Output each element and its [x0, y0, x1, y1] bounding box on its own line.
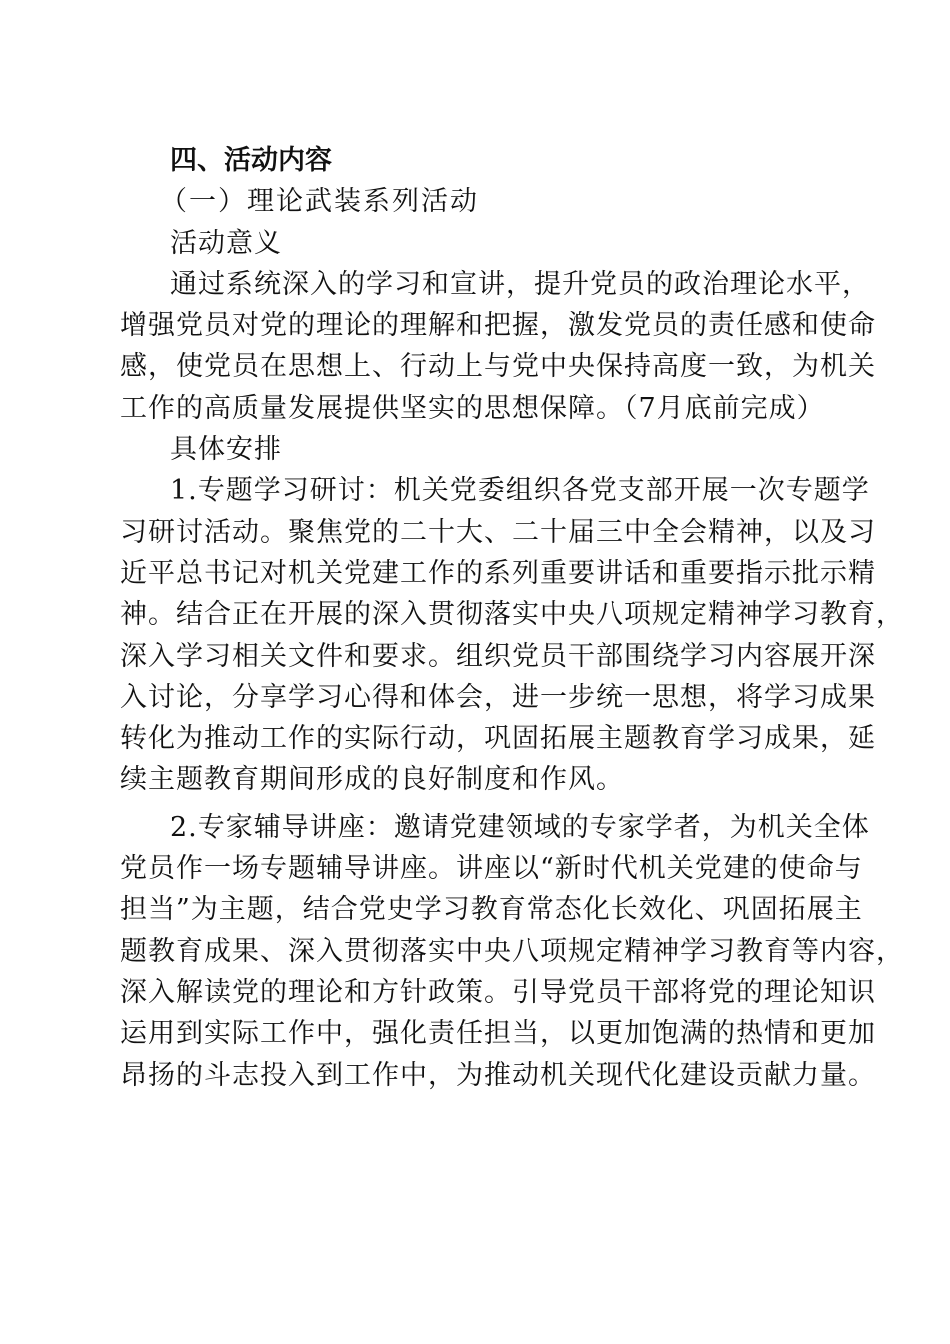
paragraph-line: 增强党员对党的理论的理解和把握，激发党员的责任感和使命 [120, 305, 822, 346]
section-heading: 四、活动内容 [120, 140, 822, 181]
paragraph-line: 续主题教育期间形成的良好制度和作风。 [120, 759, 822, 800]
arrangement-label: 具体安排 [120, 429, 822, 470]
document-page: 四、活动内容 （一）理论武装系列活动 活动意义 通过系统深入的学习和宣讲，提升党… [120, 140, 822, 1096]
significance-label: 活动意义 [120, 223, 822, 264]
arrangement-item-1: 1.专题学习研讨：机关党委组织各党支部开展一次专题学 习研讨活动。聚焦党的二十大… [120, 470, 822, 800]
paragraph-line: 感，使党员在思想上、行动上与党中央保持高度一致，为机关 [120, 346, 822, 387]
paragraph-line: 运用到实际工作中，强化责任担当，以更加饱满的热情和更加 [120, 1013, 822, 1054]
paragraph-line: 神。结合正在开展的深入贯彻落实中央八项规定精神学习教育， [120, 594, 822, 635]
paragraph-line: 转化为推动工作的实际行动，巩固拓展主题教育学习成果，延 [120, 718, 822, 759]
paragraph-line: 题教育成果、深入贯彻落实中央八项规定精神学习教育等内容， [120, 931, 822, 972]
paragraph-line: 党员作一场专题辅导讲座。讲座以“新时代机关党建的使命与 [120, 848, 822, 889]
significance-paragraph: 通过系统深入的学习和宣讲，提升党员的政治理论水平， 增强党员对党的理论的理解和把… [120, 264, 822, 429]
paragraph-line: 习研讨活动。聚焦党的二十大、二十届三中全会精神，以及习 [120, 512, 822, 553]
subsection-heading: （一）理论武装系列活动 [120, 181, 822, 222]
arrangement-item-2: 2.专家辅导讲座：邀请党建领域的专家学者，为机关全体 党员作一场专题辅导讲座。讲… [120, 807, 822, 1096]
paragraph-line: 昂扬的斗志投入到工作中，为推动机关现代化建设贡献力量。 [120, 1055, 822, 1096]
paragraph-line: 入讨论，分享学习心得和体会，进一步统一思想，将学习成果 [120, 677, 822, 718]
paragraph-line: 1.专题学习研讨：机关党委组织各党支部开展一次专题学 [120, 470, 822, 511]
paragraph-line: 担当”为主题，结合党史学习教育常态化长效化、巩固拓展主 [120, 889, 822, 930]
paragraph-line: 工作的高质量发展提供坚实的思想保障。（7月底前完成） [120, 388, 822, 429]
paragraph-line: 深入解读党的理论和方针政策。引导党员干部将党的理论知识 [120, 972, 822, 1013]
paragraph-line: 通过系统深入的学习和宣讲，提升党员的政治理论水平， [120, 264, 822, 305]
paragraph-line: 深入学习相关文件和要求。组织党员干部围绕学习内容展开深 [120, 636, 822, 677]
paragraph-line: 2.专家辅导讲座：邀请党建领域的专家学者，为机关全体 [120, 807, 822, 848]
paragraph-line: 近平总书记对机关党建工作的系列重要讲话和重要指示批示精 [120, 553, 822, 594]
